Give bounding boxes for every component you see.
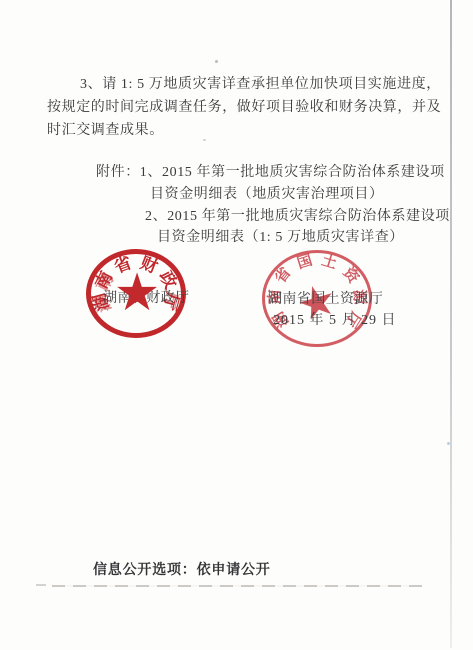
scan-speck — [203, 139, 206, 141]
seal-arc-char: 国 — [296, 254, 315, 273]
attachment-line: 目资金明细表（地质灾害治理项目） — [150, 183, 384, 203]
signature-date: 2015 年 5 月 29 日 — [273, 309, 397, 329]
attachment-line: 目资金明细表（1: 5 万地质灾害详查） — [157, 226, 404, 246]
footer-separator-fragment — [36, 584, 46, 586]
seal-arc-char: 土 — [320, 254, 339, 273]
printed-signature-finance: 湖南省财政厅 — [103, 287, 189, 307]
scan-speck — [447, 442, 450, 445]
footer-separator-line — [52, 585, 422, 587]
body-line: 按规定的时间完成调查任务，做好项目验收和财务决算，并及 — [47, 96, 441, 116]
scan-edge-line — [450, 0, 452, 648]
body-line: 3、请 1: 5 万地质灾害详查承担单位加快项目实施进度， — [80, 73, 441, 93]
disclosure-option-label: 信息公开选项：依申请公开 — [93, 559, 271, 579]
body-line: 时汇交调查成果。 — [47, 119, 164, 139]
attachment-line: 2、2015 年第一批地质灾害综合防治体系建设项 — [145, 205, 450, 225]
seal-arc-char: 财 — [138, 254, 160, 276]
attachment-line: 附件：1、2015 年第一批地质灾害综合防治体系建设项 — [96, 161, 445, 181]
seal-arc-char: 资 — [339, 265, 360, 286]
seal-arc-char: 省 — [112, 254, 134, 276]
seal-arc-char: 省 — [273, 265, 294, 286]
printed-signature-land: 湖南省国土资源厅 — [268, 288, 383, 308]
scan-speck — [215, 60, 218, 63]
